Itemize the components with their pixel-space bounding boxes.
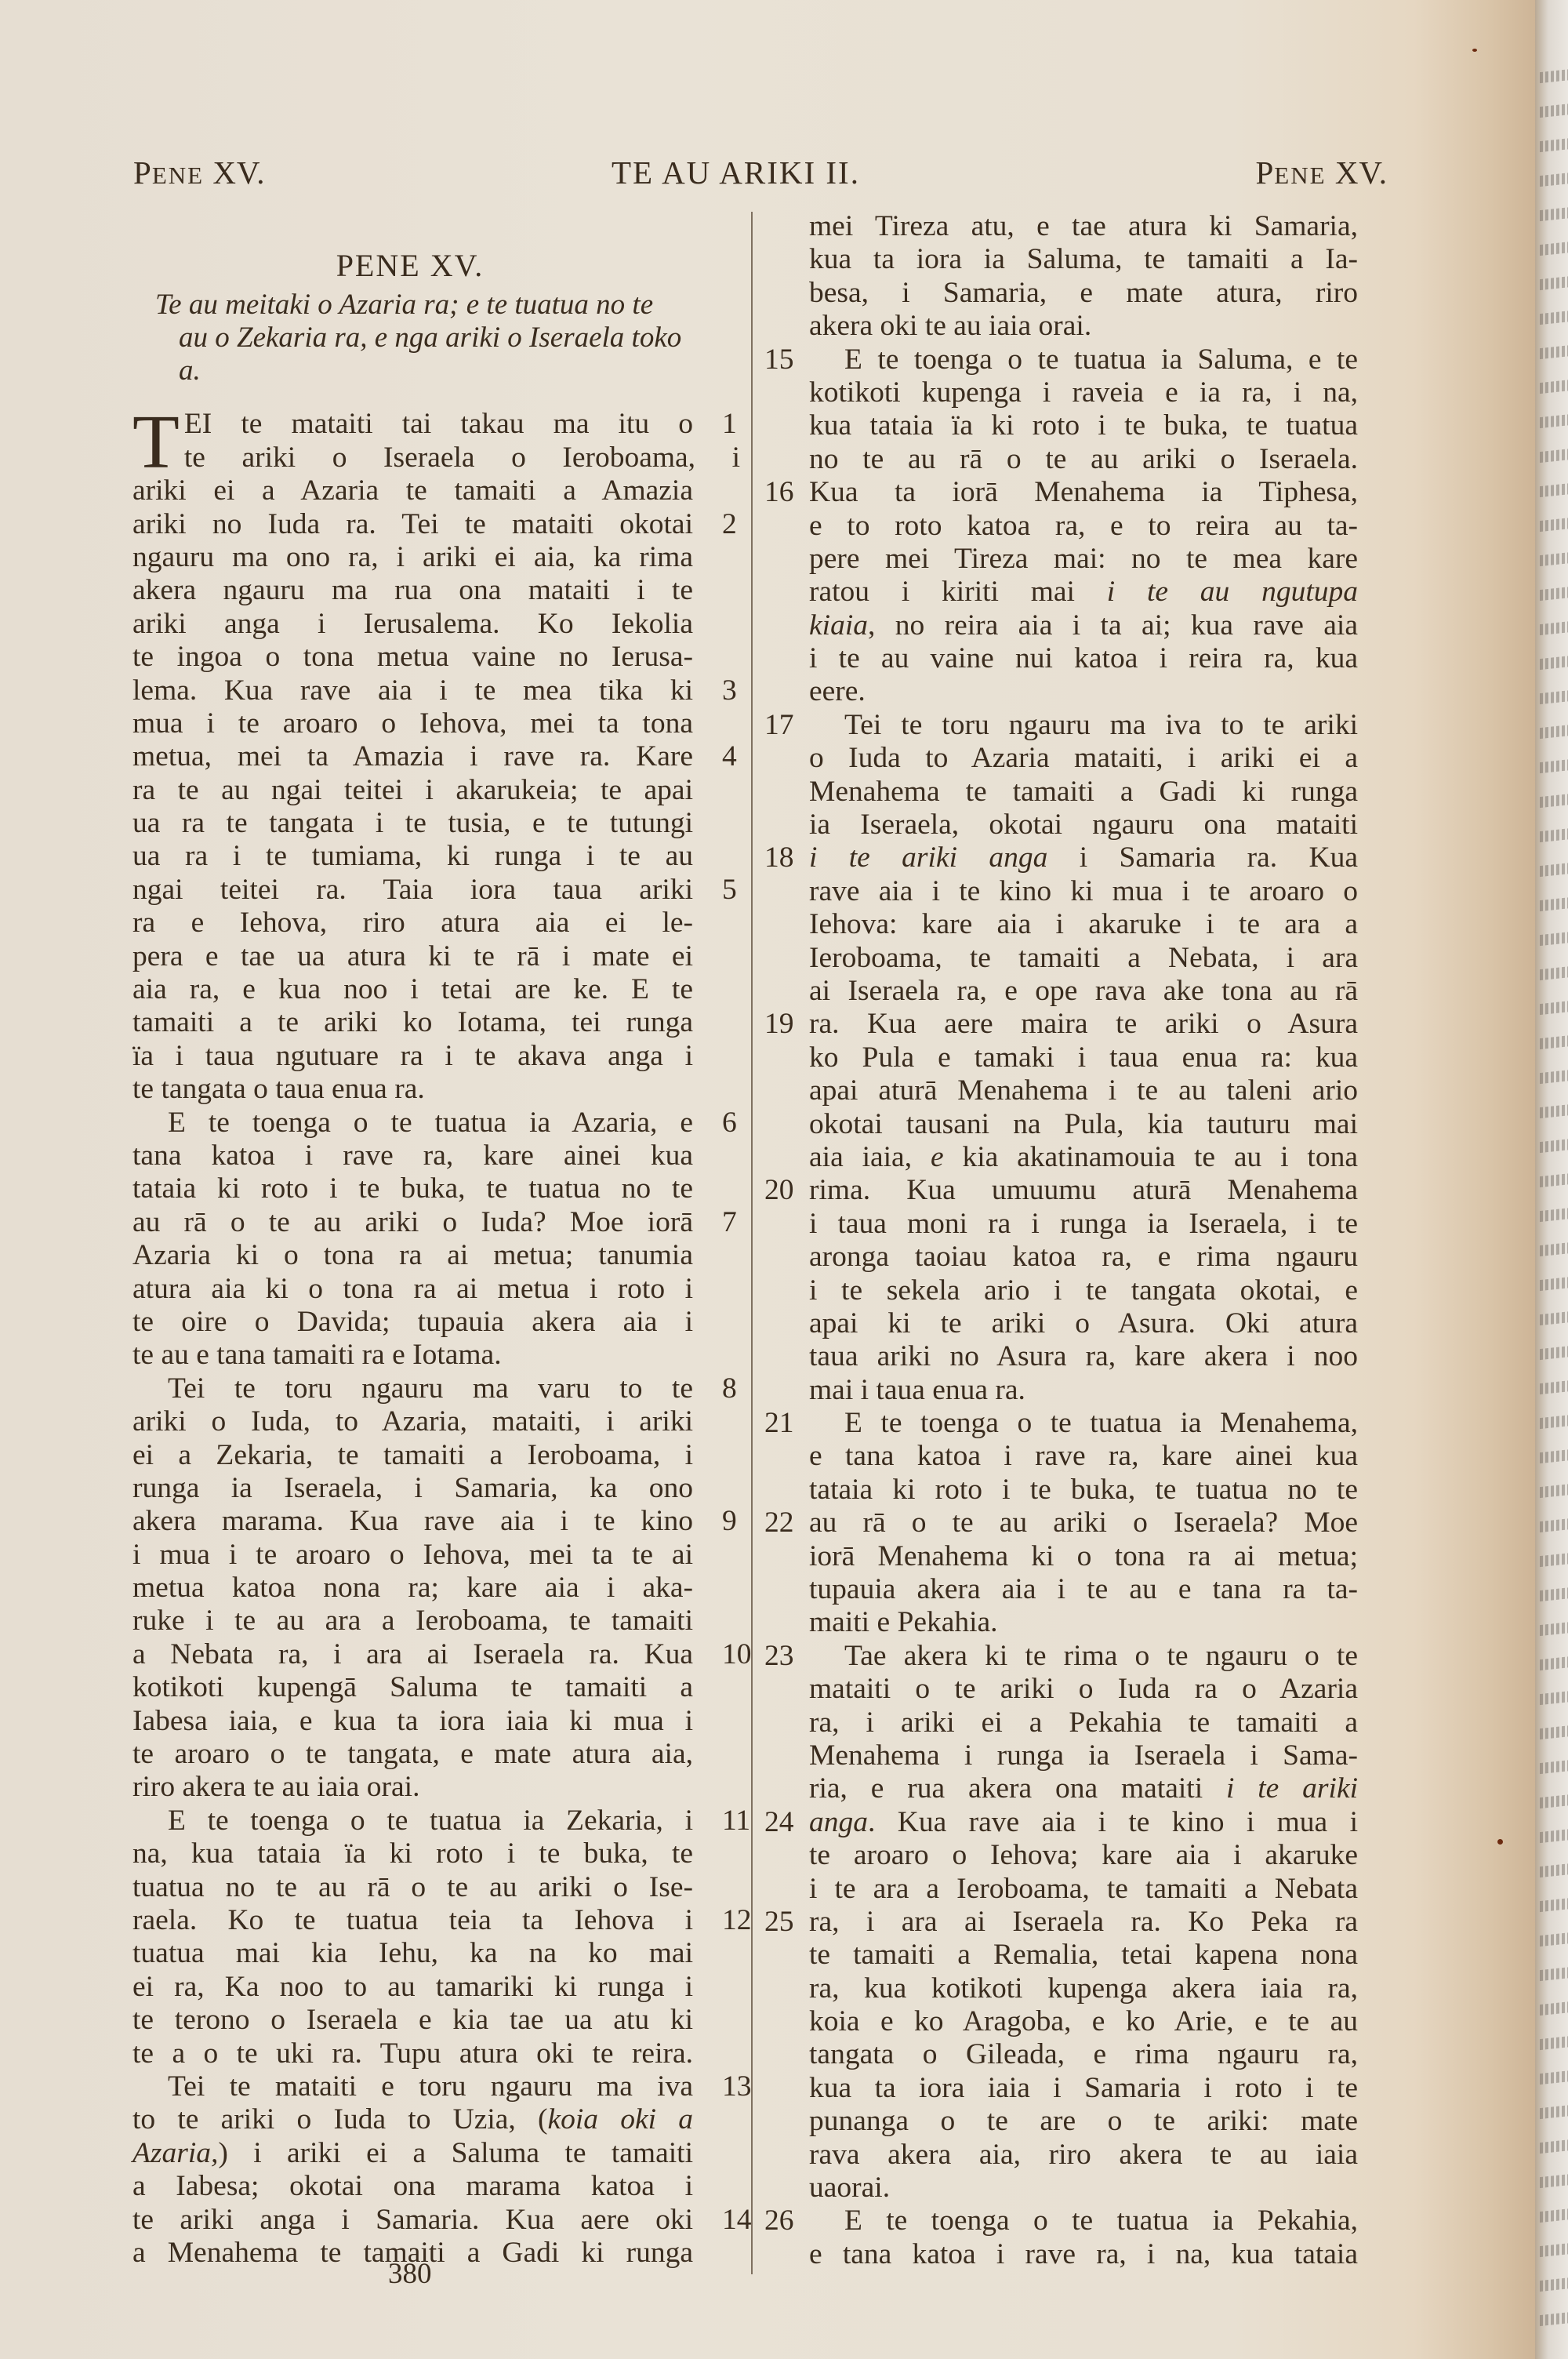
right-column-text: mei Tireza atu, e tae atura ki Samaria,k… <box>764 210 1384 2271</box>
bleed-through-text <box>1540 1967 1568 1981</box>
text-line: TEI te mataiti tai takau ma itu o1 <box>132 408 693 441</box>
bleed-through-text <box>1540 690 1568 704</box>
text-line: anga. Kua rave aia i te kino i mua i24 <box>809 1806 1358 1839</box>
verse-number: 19 <box>764 1008 794 1041</box>
bleed-through-text <box>1540 1449 1568 1463</box>
text-line: mai i taua enua ra. <box>809 1374 1358 1407</box>
text-line: ei a Zekaria, te tamaiti a Ieroboama, i <box>132 1439 693 1472</box>
text-line: raela. Ko te tuatua teia ta Iehova i12 <box>132 1904 693 1937</box>
text-line: taua ariki no Asura ra, kare akera i noo <box>809 1340 1358 1373</box>
text-line: E te toenga o te tuatua ia Saluma, e te1… <box>809 343 1358 376</box>
text-line: ria, e rua akera ona mataiti i te ariki <box>809 1772 1358 1805</box>
paper-blemish <box>1497 1839 1503 1845</box>
bleed-through-text <box>1540 1553 1568 1567</box>
text-line: te terono o Iseraela e kia tae ua atu ki <box>132 2004 693 2037</box>
text-line: no te au rā o te au ariki o Iseraela. <box>809 443 1358 476</box>
text-line: mataiti o te ariki o Iuda ra o Azaria <box>809 1673 1358 1706</box>
bleed-through-text <box>1540 2001 1568 2016</box>
text-line: mua i te aroaro o Iehova, mei ta tona <box>132 707 693 740</box>
page-number: 380 <box>388 2257 432 2291</box>
text-line: tuatua no te au rā o te au ariki o Ise- <box>132 1871 693 1904</box>
text-line: e tana katoa i rave ra, kare ainei kua <box>809 1440 1358 1473</box>
text-line: tupauia akera aia i te au e tana ra ta- <box>809 1573 1358 1606</box>
left-column-text: TEI te mataiti tai takau ma itu o1te ari… <box>128 408 747 2270</box>
bleed-through-text <box>1540 311 1568 325</box>
bleed-through-text <box>1540 828 1568 842</box>
verse-number: 26 <box>764 2205 794 2237</box>
text-line: ra, kua kotikoti kupenga akera iaia ra, <box>809 1972 1358 2005</box>
text-line: ïa i taua ngutuare ra i te akava anga i <box>132 1040 693 1073</box>
bleed-through-text <box>1540 380 1568 394</box>
text-line: te oire o Davida; tupauia akera aia i <box>132 1306 693 1339</box>
verse-number: 16 <box>764 476 794 509</box>
text-line: tataia ki roto i te buka, te tuatua no t… <box>809 1474 1358 1507</box>
bleed-through-text <box>1540 587 1568 601</box>
text-line: e tana katoa i rave ra, i na, kua tataia <box>809 2238 1358 2271</box>
verse-number: 6 <box>722 1107 737 1140</box>
bleed-through-text <box>1540 104 1568 118</box>
text-line: E te toenga o te tuatua ia Zekaria, i11 <box>132 1805 693 1837</box>
bleed-through-text <box>1540 1070 1568 1084</box>
verse-number: 17 <box>764 709 794 742</box>
verse-number: 25 <box>764 1906 794 1939</box>
text-line: Kua ta iorā Menahema ia Tiphesa,16 <box>809 476 1358 509</box>
text-line: kotikoti kupengā Saluma te tamaiti a <box>132 1671 693 1704</box>
bleed-through-text <box>1540 966 1568 980</box>
bleed-through-text <box>1540 518 1568 532</box>
bleed-through-text <box>1540 1484 1568 1498</box>
bleed-through-text <box>1540 1656 1568 1670</box>
text-line: E te toenga o te tuatua ia Azaria, e6 <box>132 1107 693 1140</box>
text-line: akera oki te au iaia orai. <box>809 310 1358 343</box>
text-line: kua ta iora ia Saluma, te tamaiti a Ia- <box>809 243 1358 276</box>
text-line: rave aia i te kino ki mua i te aroaro o <box>809 875 1358 908</box>
text-line: akera marama. Kua rave aia i te kino9 <box>132 1505 693 1538</box>
text-line: a Nebata ra, i ara ai Iseraela ra. Kua10 <box>132 1638 693 1671</box>
text-line: ua ra i te tumiama, ki runga i te au <box>132 840 693 873</box>
text-line: lema. Kua rave aia i te mea tika ki3 <box>132 674 693 707</box>
verse-number: 8 <box>722 1372 737 1405</box>
text-line: pere mei Tireza mai: no te mea kare <box>809 543 1358 576</box>
verse-number: 15 <box>764 343 794 376</box>
bleed-through-text <box>1540 2243 1568 2257</box>
running-head-right: PENE XV. <box>1255 154 1388 191</box>
text-line: ariki anga i Ierusalema. Ko Iekolia <box>132 608 693 641</box>
text-line: Tei te toru ngauru ma iva to te ariki17 <box>809 709 1358 742</box>
text-line: kotikoti kupenga i raveia e ia ra, i na, <box>809 376 1358 409</box>
text-line: ko Pula e tamaki i taua enua ra: kua <box>809 1041 1358 1074</box>
bleed-through-text <box>1540 2036 1568 2050</box>
book-title: TE AU ARIKI II. <box>612 154 860 191</box>
bleed-through-text <box>1540 242 1568 256</box>
text-line: ra, i ara ai Iseraela ra. Ko Peka ra25 <box>809 1906 1358 1939</box>
bleed-through-text <box>1540 138 1568 152</box>
text-line: aia ra, e kua noo i tetai are ke. E te <box>132 973 693 1006</box>
text-line: eere. <box>809 675 1358 708</box>
left-column: PENE XV. Te au meitaki o Azaria ra; e te… <box>128 210 747 2270</box>
text-line: riro akera te au iaia orai. <box>132 1771 693 1804</box>
bleed-through-text <box>1540 1104 1568 1118</box>
text-line: ruke i te au ara a Ieroboama, te tamaiti <box>132 1605 693 1637</box>
verse-number: 22 <box>764 1507 794 1539</box>
text-line: o Iuda to Azaria mataiti, i ariki ei a <box>809 742 1358 775</box>
text-line: ariki ei a Azaria te tamaiti a Amazia <box>132 474 693 507</box>
text-line: aronga taoiau katoa ra, e rima ngauru <box>809 1241 1358 1274</box>
text-line: Azaria ki o tona ra ai metua; tanumia <box>132 1239 693 1272</box>
text-line: Menahema i runga ia Iseraela i Sama- <box>809 1739 1358 1772</box>
text-line: tamaiti a te ariki ko Iotama, tei runga <box>132 1006 693 1039</box>
text-line: E te toenga o te tuatua ia Menahema,21 <box>809 1407 1358 1440</box>
bleed-through-text <box>1540 897 1568 911</box>
text-line: apai ki te ariki o Asura. Oki atura <box>809 1307 1358 1340</box>
adjacent-page-edge <box>1535 0 1568 2359</box>
verse-number: 1 <box>722 408 737 441</box>
text-line: runga ia Iseraela, i Samaria, ka ono <box>132 1472 693 1505</box>
bleed-through-text <box>1540 2208 1568 2223</box>
text-line: Menahema te tamaiti a Gadi ki runga <box>809 776 1358 809</box>
text-line: i te sekela ario i te tangata okotai, e <box>809 1274 1358 1307</box>
running-head-left: PENE XV. <box>133 154 266 191</box>
bleed-through-text <box>1540 1139 1568 1153</box>
text-line: ariki no Iuda ra. Tei te mataiti okotai2 <box>132 508 693 541</box>
text-line: ra te au ngai teitei i akarukeia; te apa… <box>132 774 693 807</box>
text-line: metua katoa nona ra; kare aia i aka- <box>132 1572 693 1605</box>
verse-number: 13 <box>722 2070 752 2103</box>
verse-number: 2 <box>722 508 737 541</box>
text-line: rima. Kua umuumu aturā Menahema20 <box>809 1174 1358 1207</box>
bleed-through-text <box>1540 1001 1568 1015</box>
text-line: te tamaiti a Remalia, tetai kapena nona <box>809 1939 1358 1972</box>
text-line: apai aturā Menahema i te au taleni ario <box>809 1074 1358 1107</box>
text-line: ariki o Iuda, to Azaria, mataiti, i arik… <box>132 1405 693 1438</box>
bleed-through-text <box>1540 1277 1568 1291</box>
text-line: to te ariki o Iuda to Uzia, (koia oki a <box>132 2103 693 2136</box>
chapter-title: PENE XV. <box>128 249 747 282</box>
text-line: besa, i Samaria, e mate atura, riro <box>809 277 1358 310</box>
bleed-through-text <box>1540 2139 1568 2154</box>
bleed-through-text <box>1540 1415 1568 1429</box>
bleed-through-text <box>1540 1863 1568 1877</box>
text-line: akera ngauru ma rua ona mataiti i te <box>132 574 693 607</box>
bleed-through-text <box>1540 621 1568 635</box>
bleed-through-text <box>1540 1587 1568 1601</box>
text-line: i taua moni ra i runga ia Iseraela, i te <box>809 1208 1358 1241</box>
text-line: metua, mei ta Amazia i rave ra. Kare4 <box>132 740 693 773</box>
text-line: a Iabesa; okotai ona marama katoa i <box>132 2170 693 2203</box>
bleed-through-text <box>1540 2312 1568 2326</box>
text-line: ei ra, Ka noo to au tamariki ki runga i <box>132 1971 693 2004</box>
text-line: Iabesa iaia, e kua ta iora iaia ki mua i <box>132 1705 693 1738</box>
bleed-through-text <box>1540 1829 1568 1843</box>
verse-number: 18 <box>764 841 794 874</box>
text-line: i mua i te aroaro o Iehova, mei ta te ai <box>132 1539 693 1572</box>
text-line: ia Iseraela, okotai ngauru ona mataiti <box>809 809 1358 841</box>
bleed-through-text <box>1540 932 1568 946</box>
text-line: aia iaia, e kia akatinamouia te au i ton… <box>809 1141 1358 1174</box>
bleed-through-text <box>1540 656 1568 670</box>
text-line: kua ta iora iaia i Samaria i roto i te <box>809 2072 1358 2105</box>
text-line: ngauru ma ono ra, i ariki ei aia, ka rim… <box>132 541 693 574</box>
bleed-through-text <box>1540 552 1568 566</box>
bleed-through-text <box>1540 725 1568 739</box>
verse-number: 12 <box>722 1904 752 1937</box>
verse-number: 24 <box>764 1806 794 1839</box>
text-line: kiaia, no reira aia i ta ai; kua rave ai… <box>809 609 1358 642</box>
text-line: na, kua tataia ïa ki roto i te buka, te <box>132 1837 693 1870</box>
bleed-through-text <box>1540 345 1568 359</box>
text-line: punanga o te are o te ariki: mate <box>809 2105 1358 2138</box>
running-head: PENE XV. TE AU ARIKI II. PENE XV. <box>133 154 1388 193</box>
verse-number: 10 <box>722 1638 752 1671</box>
verse-number: 20 <box>764 1174 794 1207</box>
bleed-through-text <box>1540 1311 1568 1325</box>
bleed-through-text <box>1540 1242 1568 1256</box>
text-line: te aroaro o te tangata, e mate atura aia… <box>132 1738 693 1771</box>
text-line: Iehova: kare aia i akaruke i te ara a <box>809 908 1358 941</box>
text-line: E te toenga o te tuatua ia Pekahia,26 <box>809 2205 1358 2237</box>
text-line: Tae akera ki te rima o te ngauru o te23 <box>809 1640 1358 1673</box>
text-line: te a o te uki ra. Tupu atura oki te reir… <box>132 2037 693 2070</box>
verse-number: 14 <box>722 2204 752 2237</box>
text-line: Tei te toru ngauru ma varu to te8 <box>132 1372 693 1405</box>
verse-number: 3 <box>722 674 737 707</box>
bleed-through-text <box>1540 759 1568 773</box>
text-line: koia e ko Aragoba, e ko Arie, e te au <box>809 2005 1358 2038</box>
text-line: atura aia ki o tona ra ai metua i roto i <box>132 1273 693 1306</box>
bleed-through-text <box>1540 863 1568 877</box>
chapter-summary: Te au meitaki o Azaria ra; e te tuatua n… <box>136 289 688 387</box>
text-line: i te ariki anga i Samaria ra. Kua18 <box>809 841 1358 874</box>
bleed-through-text <box>1540 1208 1568 1222</box>
verse-number: 9 <box>722 1505 737 1538</box>
text-line: Azaria,) i ariki ei a Saluma te tamaiti <box>132 2137 693 2170</box>
bleed-through-text <box>1540 2105 1568 2119</box>
bleed-through-text <box>1540 1725 1568 1739</box>
bleed-through-text <box>1540 1346 1568 1360</box>
verse-number: 4 <box>722 740 737 773</box>
text-line: iorā Menahema ki o tona ra ai metua; <box>809 1540 1358 1573</box>
bleed-through-text <box>1540 1518 1568 1532</box>
text-line: i te ara a Ieroboama, te tamaiti a Nebat… <box>809 1873 1358 1906</box>
text-line: ra e Iehova, riro atura aia ei le- <box>132 907 693 940</box>
bleed-through-text <box>1540 414 1568 428</box>
verse-number: 11 <box>722 1805 750 1837</box>
text-line: ai Iseraela ra, e ope rava ake tona au r… <box>809 975 1358 1008</box>
paper-blemish <box>1472 49 1477 52</box>
bleed-through-text <box>1540 1035 1568 1049</box>
text-line: okotai tausani na Pula, kia tauturu mai <box>809 1108 1358 1141</box>
text-line: Ieroboama, te tamaiti a Nebata, i ara <box>809 942 1358 975</box>
text-line: ratou i kiriti mai i te au ngutupa <box>809 576 1358 609</box>
text-line: Tei te mataiti e toru ngauru ma iva13 <box>132 2070 693 2103</box>
text-line: uaorai. <box>809 2172 1358 2205</box>
text-line: ngai teitei ra. Taia iora taua ariki5 <box>132 874 693 907</box>
bleed-through-text <box>1540 2070 1568 2085</box>
text-line: tangata o Gileada, e rima ngauru ra, <box>809 2038 1358 2071</box>
text-line: au rā o te au ariki o Iseraela? Moe22 <box>809 1507 1358 1539</box>
bleed-through-text <box>1540 1691 1568 1705</box>
verse-number: 7 <box>722 1206 737 1239</box>
text-line: i te au vaine nui katoa i reira ra, kua <box>809 642 1358 675</box>
text-line: tataia ki roto i te buka, te tuatua no t… <box>132 1172 693 1205</box>
text-line: te ariki o Iseraela o Ieroboama, i <box>132 442 740 474</box>
text-line: mei Tireza atu, e tae atura ki Samaria, <box>809 210 1358 243</box>
text-line: e to roto katoa ra, e to reira au ta- <box>809 510 1358 543</box>
text-line: rava akera aia, riro akera te au iaia <box>809 2139 1358 2172</box>
text-line: pera e tae ua atura ki te rā i mate ei <box>132 940 693 973</box>
text-line: tuatua mai kia Iehu, ka na ko mai <box>132 1937 693 1970</box>
text-line: kua tataia ïa ki roto i te buka, te tuat… <box>809 409 1358 442</box>
bleed-through-text <box>1540 173 1568 187</box>
verse-number: 21 <box>764 1407 794 1440</box>
bleed-through-text <box>1540 449 1568 463</box>
bleed-through-text <box>1540 1932 1568 1946</box>
column-divider <box>751 212 753 2274</box>
text-line: te ariki anga i Samaria. Kua aere oki14 <box>132 2204 693 2237</box>
bleed-through-text <box>1540 1898 1568 1912</box>
text-line: te ingoa o tona metua vaine no Ierusa- <box>132 641 693 674</box>
bleed-through-text <box>1540 1622 1568 1636</box>
bleed-through-text <box>1540 207 1568 221</box>
text-line: maiti e Pekahia. <box>809 1606 1358 1639</box>
bleed-through-text <box>1540 276 1568 290</box>
text-line: tana katoa i rave ra, kare ainei kua <box>132 1140 693 1172</box>
text-line: ra, i ariki ei a Pekahia te tamaiti a <box>809 1707 1358 1739</box>
bleed-through-text <box>1540 2277 1568 2292</box>
bleed-through-text <box>1540 1794 1568 1808</box>
bleed-through-text <box>1540 1380 1568 1394</box>
bleed-through-text <box>1540 1173 1568 1187</box>
verse-number: 5 <box>722 874 737 907</box>
bleed-through-text <box>1540 2174 1568 2188</box>
text-line: ua ra te tangata i te tusia, e te tutung… <box>132 807 693 840</box>
text-line: ra. Kua aere maira te ariki o Asura19 <box>809 1008 1358 1041</box>
bleed-through-text <box>1540 1760 1568 1774</box>
bleed-through-text <box>1540 483 1568 497</box>
text-line: au rā o te au ariki o Iuda? Moe iorā7 <box>132 1206 693 1239</box>
text-line: te tangata o taua enua ra. <box>132 1073 693 1106</box>
verse-number: 23 <box>764 1640 794 1673</box>
text-line: te aroaro o Iehova; kare aia i akaruke <box>809 1839 1358 1872</box>
bleed-through-text <box>1540 69 1568 83</box>
text-line: te au e tana tamaiti ra e Iotama. <box>132 1339 693 1372</box>
right-column: mei Tireza atu, e tae atura ki Samaria,k… <box>764 210 1384 2271</box>
bleed-through-text <box>1540 794 1568 808</box>
